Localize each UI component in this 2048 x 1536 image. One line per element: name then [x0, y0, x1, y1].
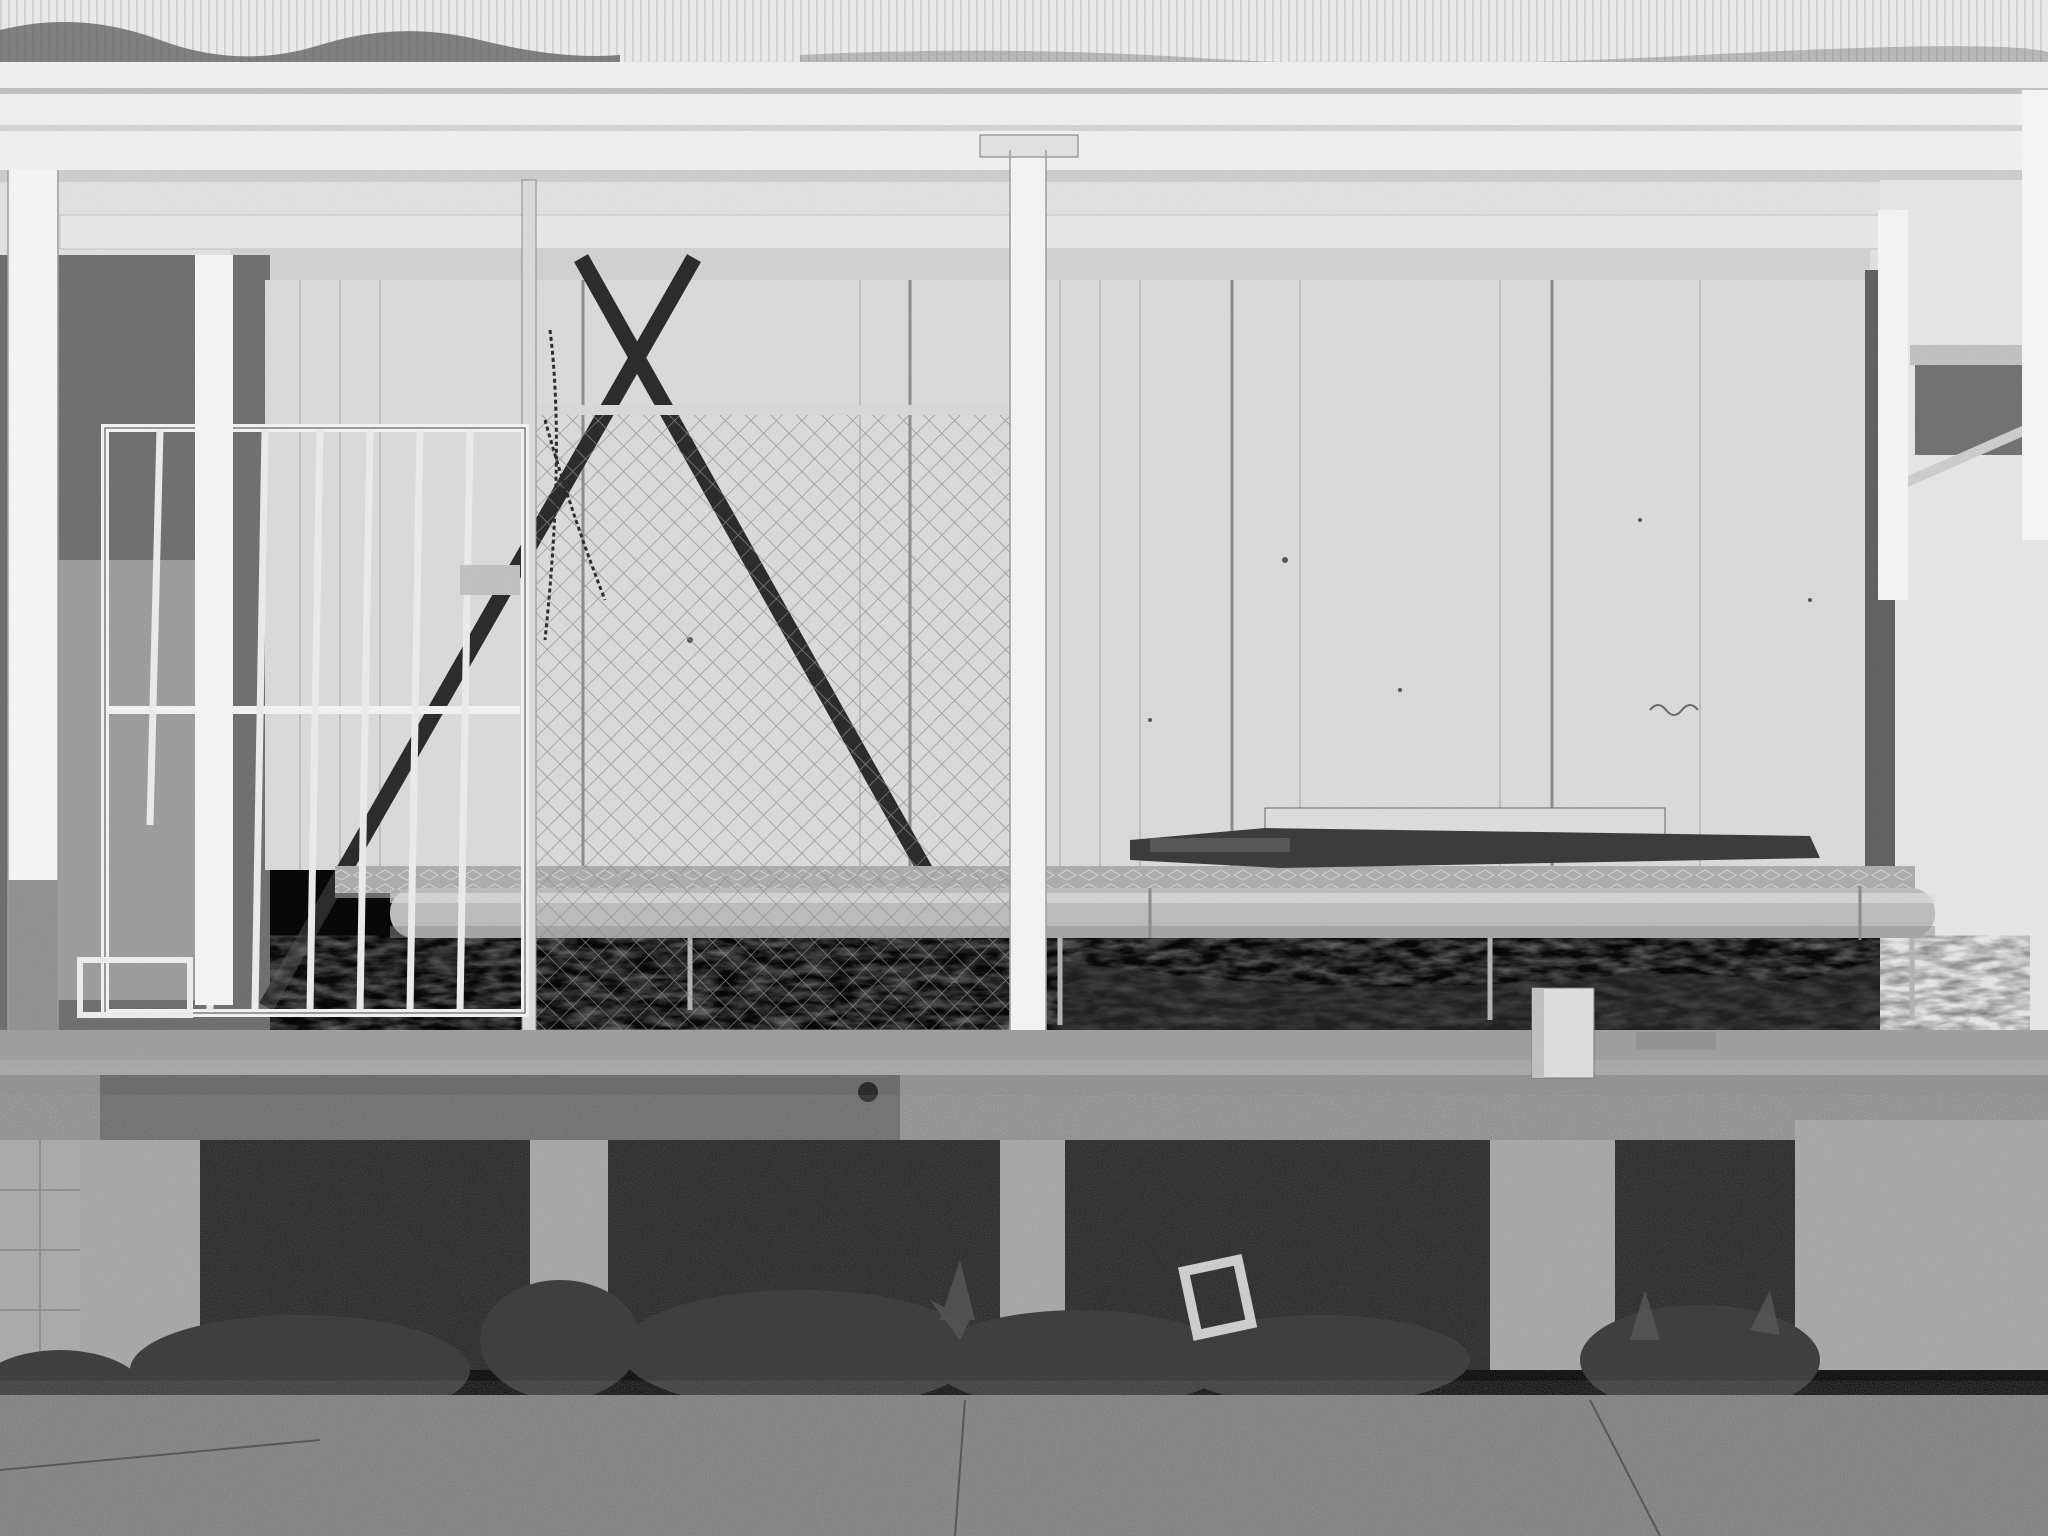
- photograph: [0, 0, 2048, 1536]
